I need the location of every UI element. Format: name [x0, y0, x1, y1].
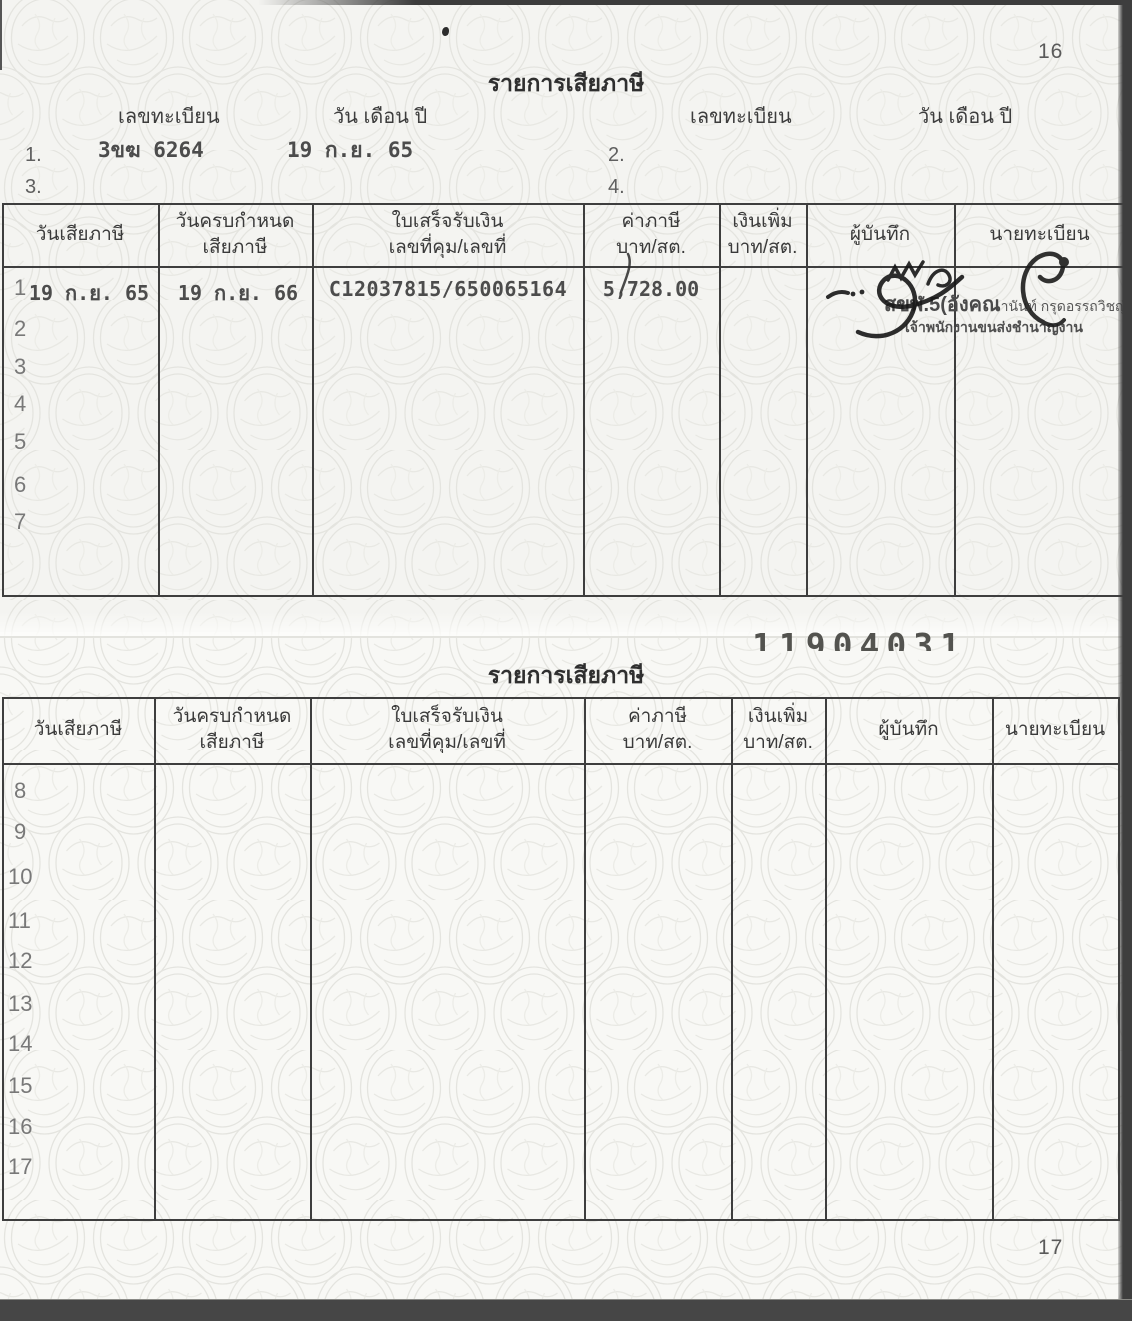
entry-number-2: 2.: [608, 144, 625, 167]
date-label-1: วัน เดือน ปี: [333, 100, 427, 132]
table2-vline: [310, 697, 312, 1221]
table1-header-due-date: วันครบกำหนดเสียภาษี: [158, 205, 312, 265]
row-number: 7: [14, 509, 26, 535]
row-number: 4: [14, 391, 26, 417]
date-label-2: วัน เดือน ปี: [918, 100, 1012, 132]
page-number-bottom: 17: [1038, 1236, 1063, 1260]
section2-title: รายการเสียภาษี: [0, 658, 1132, 694]
row-number: 3: [14, 354, 26, 380]
tax-date-value: 19 ก.ย. 65: [24, 277, 154, 309]
table2-vline: [2, 697, 4, 1221]
table1-bottom-border: [2, 595, 1128, 597]
receipt-number-value: C12037815/650065164: [316, 277, 580, 301]
row-number: 17: [8, 1154, 32, 1180]
row-number: 12: [8, 948, 32, 974]
table2-vline: [154, 697, 156, 1221]
section1-title: รายการเสียภาษี: [0, 66, 1132, 102]
scan-edge-left: [0, 0, 2, 70]
table2-header-surcharge: เงินเพิ่มบาท/สต.: [731, 699, 825, 761]
registration-value: 3ขฆ 6264: [98, 134, 204, 167]
reg-number-label-1: เลขทะเบียน: [118, 100, 220, 132]
row-number: 8: [14, 778, 26, 804]
table1-header-receipt: ใบเสร็จรับเงินเลขที่คุม/เลขที่: [312, 205, 583, 265]
table2-header-registrar: นายทะเบียน: [992, 699, 1118, 761]
serial-stamp-number: 11904031: [752, 628, 1012, 651]
reg-number-label-2: เลขทะเบียน: [690, 100, 792, 132]
table2-bottom-border: [2, 1219, 1120, 1221]
row-number: 5: [14, 429, 26, 455]
row-number: 13: [8, 991, 32, 1017]
page-number-top: 16: [1038, 40, 1063, 64]
entry-number-4: 4.: [608, 176, 625, 199]
scan-edge-bottom: [0, 1299, 1132, 1321]
table1-header-registrar: นายทะเบียน: [954, 205, 1125, 265]
table2-vline: [825, 697, 827, 1221]
table2-header-receipt: ใบเสร็จรับเงินเลขที่คุม/เลขที่: [310, 699, 584, 761]
row-number: 10: [8, 864, 32, 890]
scan-edge-top: [258, 0, 1132, 5]
table2-vline: [992, 697, 994, 1221]
table2-header-due-date: วันครบกำหนดเสียภาษี: [154, 699, 310, 761]
registration-date-value: 19 ก.ย. 65: [287, 134, 413, 167]
table2-vline: [584, 697, 586, 1221]
due-date-value: 19 ก.ย. 66: [164, 277, 312, 309]
recorder-stamp-line1: สขฬ.5(อังคณานันท์ กรุดอรรถวิชญ์): [884, 288, 1132, 320]
scanned-tax-record-page: 16 รายการเสียภาษี เลขทะเบียน วัน เดือน ป…: [0, 0, 1132, 1321]
table2-header-tax-amount: ค่าภาษีบาท/สต.: [584, 699, 731, 761]
table2-header-border: [2, 763, 1120, 765]
row-number: 15: [8, 1073, 32, 1099]
table1-header-border: [2, 266, 1128, 268]
table1-header-surcharge: เงินเพิ่มบาท/สต.: [719, 205, 806, 265]
row-number: 2: [14, 316, 26, 342]
table1-header-tax-date: วันเสียภาษี: [2, 205, 158, 265]
table2-header-recorder: ผู้บันทึก: [825, 699, 992, 761]
recorder-stamp-line2: เจ้าพนักงานขนส่งชำนาญงาน: [905, 317, 1083, 339]
entry-number-3: 3.: [25, 176, 42, 199]
row-number: 11: [8, 908, 31, 934]
entry-number-1: 1.: [25, 144, 42, 167]
table1-header-tax-amount: ค่าภาษีบาท/สต.: [583, 205, 719, 265]
table2-header-tax-date: วันเสียภาษี: [2, 699, 154, 761]
row-number: 16: [8, 1114, 32, 1140]
tax-amount-value: 5,728.00: [587, 277, 715, 301]
row-number: 6: [14, 472, 26, 498]
scan-edge-right: [1118, 0, 1132, 1321]
row-number: 14: [8, 1031, 32, 1057]
table2-vline: [731, 697, 733, 1221]
table1-header-recorder: ผู้บันทึก: [806, 205, 954, 265]
row-number: 9: [14, 819, 26, 845]
